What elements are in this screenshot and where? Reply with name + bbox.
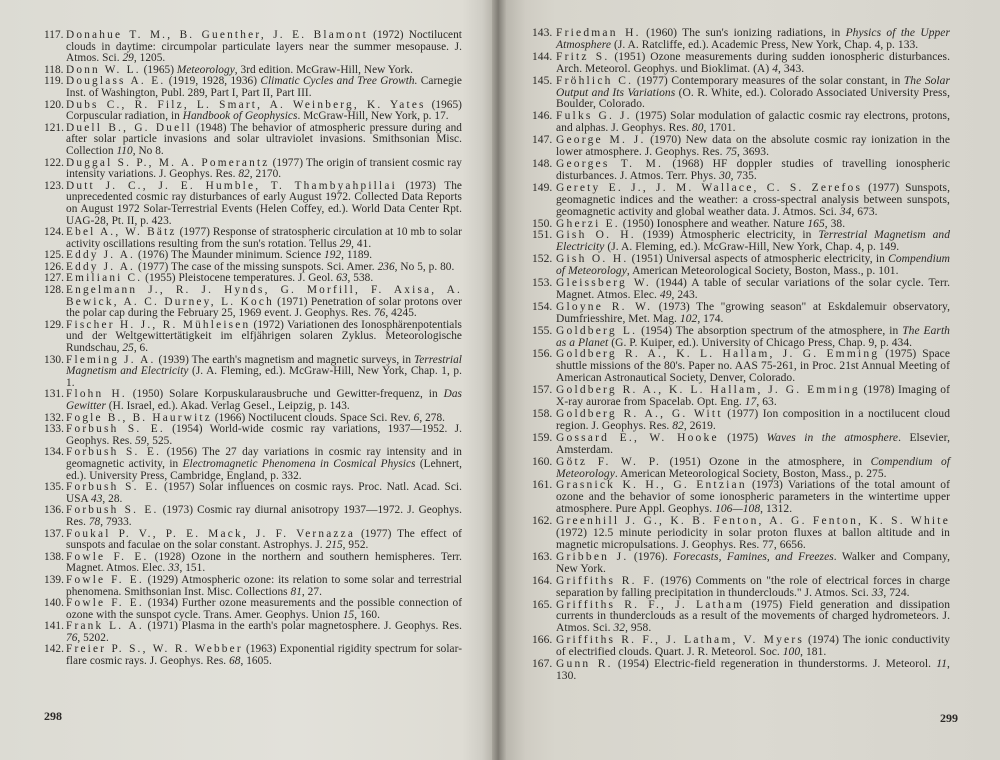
reference-number: 152. xyxy=(532,254,552,266)
reference-text-tail: , 1205. xyxy=(134,52,165,64)
reference-italic: 63 xyxy=(336,272,347,284)
reference-entry: 149.Gerety E. J., J. M. Wallace, C. S. Z… xyxy=(532,183,950,219)
reference-number: 137. xyxy=(44,529,64,541)
reference-entry: 120.Dubs C., R. Filz, L. Smart, A. Weinb… xyxy=(44,100,462,123)
reference-authors: Fleming J. A. xyxy=(66,354,156,366)
reference-text: (1951) Ozone in the atmosphere, in xyxy=(661,456,870,468)
reference-entry: 140.Fowle F. E. (1934) Further ozone mea… xyxy=(44,598,462,621)
reference-number: 145. xyxy=(532,76,552,88)
reference-entry: 139.Fowle F. E. (1929) Atmospheric ozone… xyxy=(44,575,462,598)
reference-italic: 80 xyxy=(692,122,704,134)
reference-entry: 161.Grasnick K. H., G. Entzian (1973) Va… xyxy=(532,480,950,516)
reference-text: (1965) xyxy=(141,64,177,76)
reference-text: (1975) xyxy=(719,432,767,444)
reference-authors: Dubs C., R. Filz, L. Smart, A. Weinberg,… xyxy=(66,99,426,111)
reference-italic: 81 xyxy=(291,586,302,598)
reference-authors: George M. J. xyxy=(556,134,646,146)
reference-entry: 142.Freier P. S., W. R. Webber (1963) Ex… xyxy=(44,644,462,667)
reference-authors: Ebel A., W. Bätz xyxy=(66,226,177,238)
reference-entry: 121.Duell B., G. Duell (1948) The behavi… xyxy=(44,123,462,158)
reference-text: (1972) 12.5 minute periodicity in solar … xyxy=(556,527,950,551)
reference-text-tail: (J. A. Ratcliffe, ed.). Academic Press, … xyxy=(611,39,918,51)
reference-entry: 119.Douglass A. E. (1919, 1928, 1936) Cl… xyxy=(44,76,462,99)
reference-number: 122. xyxy=(44,158,64,170)
reference-entry: 156.Goldberg R. A., K. L. Hallam, J. G. … xyxy=(532,349,950,385)
reference-text: (1955) Pleistocene temperatures. J. Geol… xyxy=(142,272,336,284)
reference-text-tail: , 174. xyxy=(697,313,723,325)
reference-entry: 154.Gloyne R. W. (1973) The "growing sea… xyxy=(532,302,950,326)
reference-authors: Douglass A. E. xyxy=(66,75,165,87)
reference-italic: 76 xyxy=(374,307,385,319)
reference-entry: 141.Frank L. A. (1971) Plasma in the ear… xyxy=(44,621,462,644)
reference-number: 156. xyxy=(532,349,552,361)
reference-text-tail: , 2170. xyxy=(250,168,281,180)
reference-text-tail: , 6. xyxy=(134,342,148,354)
reference-text-tail: , 278. xyxy=(419,412,445,424)
reference-number: 135. xyxy=(44,482,64,494)
reference-text: (1960) The sun's ionizing radiations, in xyxy=(641,27,846,39)
reference-authors: Fischer H. J., R. Mühleisen xyxy=(66,319,250,331)
book-gutter xyxy=(492,0,506,760)
reference-text-tail: , No 8. xyxy=(133,145,164,157)
reference-authors: Forbush S. E. xyxy=(66,423,165,435)
reference-authors: Georges T. M. xyxy=(556,158,663,170)
reference-authors: Goldberg L. xyxy=(556,325,637,337)
reference-entry: 157.Goldberg R. A., K. L. Hallam, J. G. … xyxy=(532,385,950,409)
reference-authors: Frank L. A. xyxy=(66,620,144,632)
reference-authors: Eddy J. A. xyxy=(66,249,135,261)
reference-italic: 30 xyxy=(719,170,731,182)
reference-number: 162. xyxy=(532,516,552,528)
reference-number: 120. xyxy=(44,100,64,112)
reference-entry: 145.Fröhlich C. (1977) Contemporary meas… xyxy=(532,76,950,112)
reference-number: 161. xyxy=(532,480,552,492)
reference-entry: 137.Foukal P. V., P. E. Mack, J. F. Vern… xyxy=(44,529,462,552)
reference-italic: 82 xyxy=(238,168,249,180)
reference-authors: Griffiths R. F., J. Latham, V. Myers xyxy=(556,634,804,646)
reference-number: 130. xyxy=(44,355,64,367)
reference-authors: Flohn H. xyxy=(66,388,127,400)
reference-text-tail: , 673. xyxy=(851,206,877,218)
reference-text-tail: , 1701. xyxy=(704,122,736,134)
reference-authors: Forbush S. E. xyxy=(66,504,159,516)
reference-authors: Greenhill J. G., K. B. Fenton, A. G. Fen… xyxy=(556,515,950,527)
reference-number: 138. xyxy=(44,552,64,564)
reference-italic: 15 xyxy=(343,609,354,621)
reference-number: 166. xyxy=(532,635,552,647)
reference-authors: Foukal P. V., P. E. Mack, J. F. Vernazza xyxy=(66,528,355,540)
reference-number: 123. xyxy=(44,181,64,193)
reference-entry: 151.Gish O. H. (1939) Atmospheric electr… xyxy=(532,230,950,254)
reference-number: 131. xyxy=(44,389,64,401)
reference-text-tail: , 735. xyxy=(731,170,757,182)
reference-number: 128. xyxy=(44,285,64,297)
reference-authors: Fritz S. xyxy=(556,51,609,63)
reference-authors: Gribben J. xyxy=(556,551,628,563)
reference-authors: Eddy J. A. xyxy=(66,261,135,273)
reference-authors: Gloyne R. W. xyxy=(556,301,652,313)
reference-number: 165. xyxy=(532,600,552,612)
reference-italic: 33 xyxy=(168,562,179,574)
reference-authors: Goldberg R. A., K. L. Hallam, J. G. Emmi… xyxy=(556,384,860,396)
reference-entry: 160.Götz F. W. P. (1951) Ozone in the at… xyxy=(532,457,950,481)
reference-number: 134. xyxy=(44,447,64,459)
reference-authors: Duell B., G. Duell xyxy=(66,122,192,134)
reference-text: (1954) The absorption spectrum of the at… xyxy=(637,325,902,337)
reference-authors: Fulks G. J. xyxy=(556,110,632,122)
reference-text: (1919, 1928, 1936) xyxy=(165,75,260,87)
reference-text: (1976). xyxy=(628,551,673,563)
reference-italic: Climatic Cycles and Tree Growth. xyxy=(260,75,417,87)
reference-text-tail: , 5202. xyxy=(77,632,108,644)
reference-text-tail: , 525. xyxy=(147,435,173,447)
reference-number: 117. xyxy=(44,30,64,42)
reference-authors: Duggal S. P., M. A. Pomerantz xyxy=(66,157,270,169)
reference-text-tail: , 63. xyxy=(756,396,776,408)
reference-authors: Goldberg R. A., K. L. Hallam, J. G. Emmi… xyxy=(556,348,879,360)
reference-authors: Grasnick K. H., G. Entzian xyxy=(556,479,747,491)
reference-entry: 159.Gossard E., W. Hooke (1975) Waves in… xyxy=(532,433,950,457)
reference-text-tail: , 243. xyxy=(672,289,698,301)
reference-text-tail: , 160. xyxy=(354,609,380,621)
reference-text: (1951) Ozone measurements during sudden … xyxy=(556,51,950,75)
reference-number: 167. xyxy=(532,659,552,671)
reference-authors: Forbush S. E. xyxy=(66,446,161,458)
reference-authors: Fröhlich C. xyxy=(556,75,633,87)
reference-list-left: 117.Donahue T. M., B. Guenther, J. E. Bl… xyxy=(44,30,462,668)
reference-text-tail: , 27. xyxy=(302,586,322,598)
reference-text-tail: , 538. xyxy=(348,272,374,284)
reference-italic: 106—108 xyxy=(715,503,760,515)
reference-authors: Donn W. L. xyxy=(66,64,141,76)
reference-text-tail: , 151. xyxy=(179,562,205,574)
reference-italic: 78 xyxy=(89,516,100,528)
reference-italic: 102 xyxy=(680,313,697,325)
reference-entry: 130.Fleming J. A. (1939) The earth's mag… xyxy=(44,355,462,390)
reference-text: (1966) Noctilucent clouds. Space Sci. Re… xyxy=(212,412,414,424)
reference-italic: 25 xyxy=(122,342,133,354)
reference-italic: 82 xyxy=(672,420,684,432)
reference-text-tail: , 1189. xyxy=(341,249,372,261)
reference-number: 139. xyxy=(44,575,64,587)
reference-entry: 124.Ebel A., W. Bätz (1977) Response of … xyxy=(44,227,462,250)
reference-italic: 43 xyxy=(91,493,102,505)
reference-text-tail: , 958. xyxy=(625,622,651,634)
reference-text: (1977) The case of the missing sunspots.… xyxy=(135,261,377,273)
reference-entry: 166.Griffiths R. F., J. Latham, V. Myers… xyxy=(532,635,950,659)
reference-entry: 152.Gish O. H. (1951) Universal aspects … xyxy=(532,254,950,278)
reference-italic: Electromagnetic Phenomena in Cosmical Ph… xyxy=(183,458,416,470)
reference-entry: 165.Griffiths R. F., J. Latham (1975) Fi… xyxy=(532,600,950,636)
reference-authors: Gerety E. J., J. M. Wallace, C. S. Zeref… xyxy=(556,182,862,194)
reference-entry: 133.Forbush S. E. (1954) World-wide cosm… xyxy=(44,424,462,447)
reference-text-tail: (G. P. Kuiper, ed.). University of Chica… xyxy=(608,337,912,349)
reference-text-tail: (H. Israel, ed.). Akad. Verlag Gesel., L… xyxy=(106,400,350,412)
reference-entry: 164.Griffiths R. F. (1976) Comments on "… xyxy=(532,576,950,600)
reference-entry: 138.Fowle F. E. (1928) Ozone in the nort… xyxy=(44,552,462,575)
reference-italic: 192 xyxy=(324,249,341,261)
reference-number: 143. xyxy=(532,28,552,40)
page-number-left: 298 xyxy=(44,709,62,724)
reference-text-tail: , No 5, p. 80. xyxy=(395,261,455,273)
reference-italic: Meteorology xyxy=(177,64,235,76)
reference-text-tail: , 181. xyxy=(800,646,826,658)
reference-text-tail: , 1605. xyxy=(240,655,271,667)
reference-text: (1939) Atmospheric electricity, in xyxy=(636,229,819,241)
reference-number: 141. xyxy=(44,621,64,633)
reference-text: (1951) Universal aspects of atmospheric … xyxy=(628,253,888,265)
reference-number: 155. xyxy=(532,326,552,338)
reference-entry: 131.Flohn H. (1950) Solare Korpuskularau… xyxy=(44,389,462,412)
reference-authors: Griffiths R. F. xyxy=(556,575,656,587)
reference-authors: Fowle F. E. xyxy=(66,551,149,563)
reference-number: 129. xyxy=(44,320,64,332)
reference-authors: Gossard E., W. Hooke xyxy=(556,432,719,444)
reference-entry: 123.Dutt J. C., J. E. Humble, T. Thambya… xyxy=(44,181,462,227)
reference-number: 151. xyxy=(532,230,552,242)
reference-list-right: 143.Friedman H. (1960) The sun's ionizin… xyxy=(532,28,950,683)
reference-entry: 122.Duggal S. P., M. A. Pomerantz (1977)… xyxy=(44,158,462,181)
reference-entry: 146.Fulks G. J. (1975) Solar modulation … xyxy=(532,111,950,135)
reference-authors: Gish O. H. xyxy=(556,253,628,265)
reference-text-tail: , 2619. xyxy=(684,420,716,432)
reference-text-tail: , 952. xyxy=(343,539,369,551)
reference-italic: 165 xyxy=(807,218,824,230)
reference-entry: 153.Gleissberg W. (1944) A table of secu… xyxy=(532,278,950,302)
reference-italic: 11 xyxy=(936,658,947,670)
reference-italic: 29 xyxy=(340,238,351,250)
reference-italic: 100 xyxy=(783,646,800,658)
reference-authors: Emiliani C. xyxy=(66,272,142,284)
reference-italic: 17 xyxy=(745,396,757,408)
left-page: 117.Donahue T. M., B. Guenther, J. E. Bl… xyxy=(0,0,492,760)
reference-text: (1954) Electric-field regeneration in th… xyxy=(613,658,937,670)
reference-italic: 29 xyxy=(122,52,133,64)
reference-authors: Gleissberg W. xyxy=(556,277,651,289)
reference-entry: 117.Donahue T. M., B. Guenther, J. E. Bl… xyxy=(44,30,462,65)
reference-authors: Fowle F. E. xyxy=(66,574,144,586)
reference-text-tail: , 1312. xyxy=(760,503,792,515)
reference-number: 144. xyxy=(532,52,552,64)
reference-number: 157. xyxy=(532,385,552,397)
reference-authors: Fowle F. E. xyxy=(66,597,144,609)
reference-italic: Waves in the atmosphere xyxy=(767,432,899,444)
reference-entry: 128.Engelmann J., R. J. Hynds, G. Morfil… xyxy=(44,285,462,320)
reference-italic: 59 xyxy=(135,435,146,447)
reference-number: 160. xyxy=(532,457,552,469)
reference-entry: 163.Gribben J. (1976). Forecasts, Famine… xyxy=(532,552,950,576)
reference-entry: 148.Georges T. M. (1968) HF doppler stud… xyxy=(532,159,950,183)
reference-number: 154. xyxy=(532,302,552,314)
reference-number: 149. xyxy=(532,183,552,195)
reference-number: 158. xyxy=(532,409,552,421)
reference-entry: 144.Fritz S. (1951) Ozone measurements d… xyxy=(532,52,950,76)
reference-number: 124. xyxy=(44,227,64,239)
reference-italic: 215 xyxy=(326,539,343,551)
reference-text-tail: , 724. xyxy=(883,587,909,599)
book-spread: 117.Donahue T. M., B. Guenther, J. E. Bl… xyxy=(0,0,1000,760)
reference-number: 153. xyxy=(532,278,552,290)
reference-number: 146. xyxy=(532,111,552,123)
reference-text-tail: , 343. xyxy=(778,63,804,75)
reference-entry: 158.Goldberg R. A., G. Witt (1977) Ion c… xyxy=(532,409,950,433)
reference-authors: Goldberg R. A., G. Witt xyxy=(556,408,723,420)
reference-text: (1950) Solare Korpuskularausbruche und G… xyxy=(127,388,444,400)
reference-text-tail: , 7933. xyxy=(100,516,131,528)
reference-italic: 76 xyxy=(66,632,77,644)
reference-authors: Dutt J. C., J. E. Humble, T. Thambyahpil… xyxy=(66,180,397,192)
reference-text-tail: , American Meteorological Society, Bosto… xyxy=(627,265,899,277)
reference-text-tail: , 3rd edition. McGraw-Hill, New York. xyxy=(235,64,413,76)
reference-italic: 33 xyxy=(872,587,884,599)
reference-text: (1950) Ionosphere and weather. Nature xyxy=(620,218,807,230)
reference-authors: Forbush S. E. xyxy=(66,481,159,493)
reference-text-tail: . McGraw-Hill, New York, p. 17. xyxy=(297,110,448,122)
reference-number: 121. xyxy=(44,123,64,135)
reference-italic: 32 xyxy=(613,622,625,634)
reference-authors: Freier P. S., W. R. Webber xyxy=(66,643,243,655)
reference-italic: Forecasts, Famines, and Freezes xyxy=(673,551,834,563)
reference-text-tail: , 4245. xyxy=(385,307,416,319)
reference-italic: Handbook of Geophysics xyxy=(183,110,298,122)
reference-text: (1939) The earth's magnetism and magneti… xyxy=(156,354,414,366)
reference-entry: 136.Forbush S. E. (1973) Cosmic ray diur… xyxy=(44,505,462,528)
reference-italic: 68 xyxy=(229,655,240,667)
reference-text: (1971) Plasma in the earth's polar magne… xyxy=(144,620,462,632)
reference-entry: 134.Forbush S. E. (1956) The 27 day vari… xyxy=(44,447,462,482)
reference-entry: 135.Forbush S. E. (1957) Solar influence… xyxy=(44,482,462,505)
reference-entry: 147.George M. J. (1970) New data on the … xyxy=(532,135,950,159)
reference-number: 142. xyxy=(44,644,64,656)
reference-italic: 110 xyxy=(116,145,132,157)
reference-authors: Friedman H. xyxy=(556,27,641,39)
reference-italic: 34 xyxy=(840,206,852,218)
reference-text-tail: . American Meteorological Society, Bosto… xyxy=(615,468,887,480)
reference-number: 136. xyxy=(44,505,64,517)
reference-number: 133. xyxy=(44,424,64,436)
reference-entry: 129.Fischer H. J., R. Mühleisen (1972) V… xyxy=(44,320,462,355)
reference-number: 163. xyxy=(532,552,552,564)
reference-authors: Gunn R. xyxy=(556,658,613,670)
reference-number: 164. xyxy=(532,576,552,588)
reference-text-tail: , 41. xyxy=(351,238,371,250)
reference-entry: 162.Greenhill J. G., K. B. Fenton, A. G.… xyxy=(532,516,950,552)
reference-italic: 49 xyxy=(660,289,672,301)
reference-authors: Götz F. W. P. xyxy=(556,456,661,468)
reference-italic: 236 xyxy=(378,261,395,273)
reference-number: 140. xyxy=(44,598,64,610)
reference-number: 148. xyxy=(532,159,552,171)
reference-text: (1977) Contemporary measures of the sola… xyxy=(633,75,904,87)
page-number-right: 299 xyxy=(940,711,958,726)
reference-text: (1976) The Maunder minimum. Science xyxy=(135,249,324,261)
right-page: 143.Friedman H. (1960) The sun's ionizin… xyxy=(506,0,1000,760)
reference-entry: 155.Goldberg L. (1954) The absorption sp… xyxy=(532,326,950,350)
reference-entry: 167.Gunn R. (1954) Electric-field regene… xyxy=(532,659,950,683)
reference-text-tail: , 3693. xyxy=(737,146,769,158)
reference-text-tail: (J. A. Fleming, ed.). McGraw-Hill, New Y… xyxy=(604,241,899,253)
reference-number: 119. xyxy=(44,76,64,88)
reference-text-tail: , 28. xyxy=(102,493,122,505)
reference-authors: Gish O. H. xyxy=(556,229,636,241)
reference-number: 159. xyxy=(532,433,552,445)
reference-number: 147. xyxy=(532,135,552,147)
reference-authors: Gherzi E. xyxy=(556,218,620,230)
reference-authors: Fogle B., B. Haurwitz xyxy=(66,412,212,424)
reference-entry: 143.Friedman H. (1960) The sun's ionizin… xyxy=(532,28,950,52)
reference-text-tail: , 38. xyxy=(825,218,845,230)
reference-authors: Donahue T. M., B. Guenther, J. E. Blamon… xyxy=(66,29,368,41)
reference-authors: Griffiths R. F., J. Latham xyxy=(556,599,744,611)
reference-italic: 75 xyxy=(725,146,737,158)
